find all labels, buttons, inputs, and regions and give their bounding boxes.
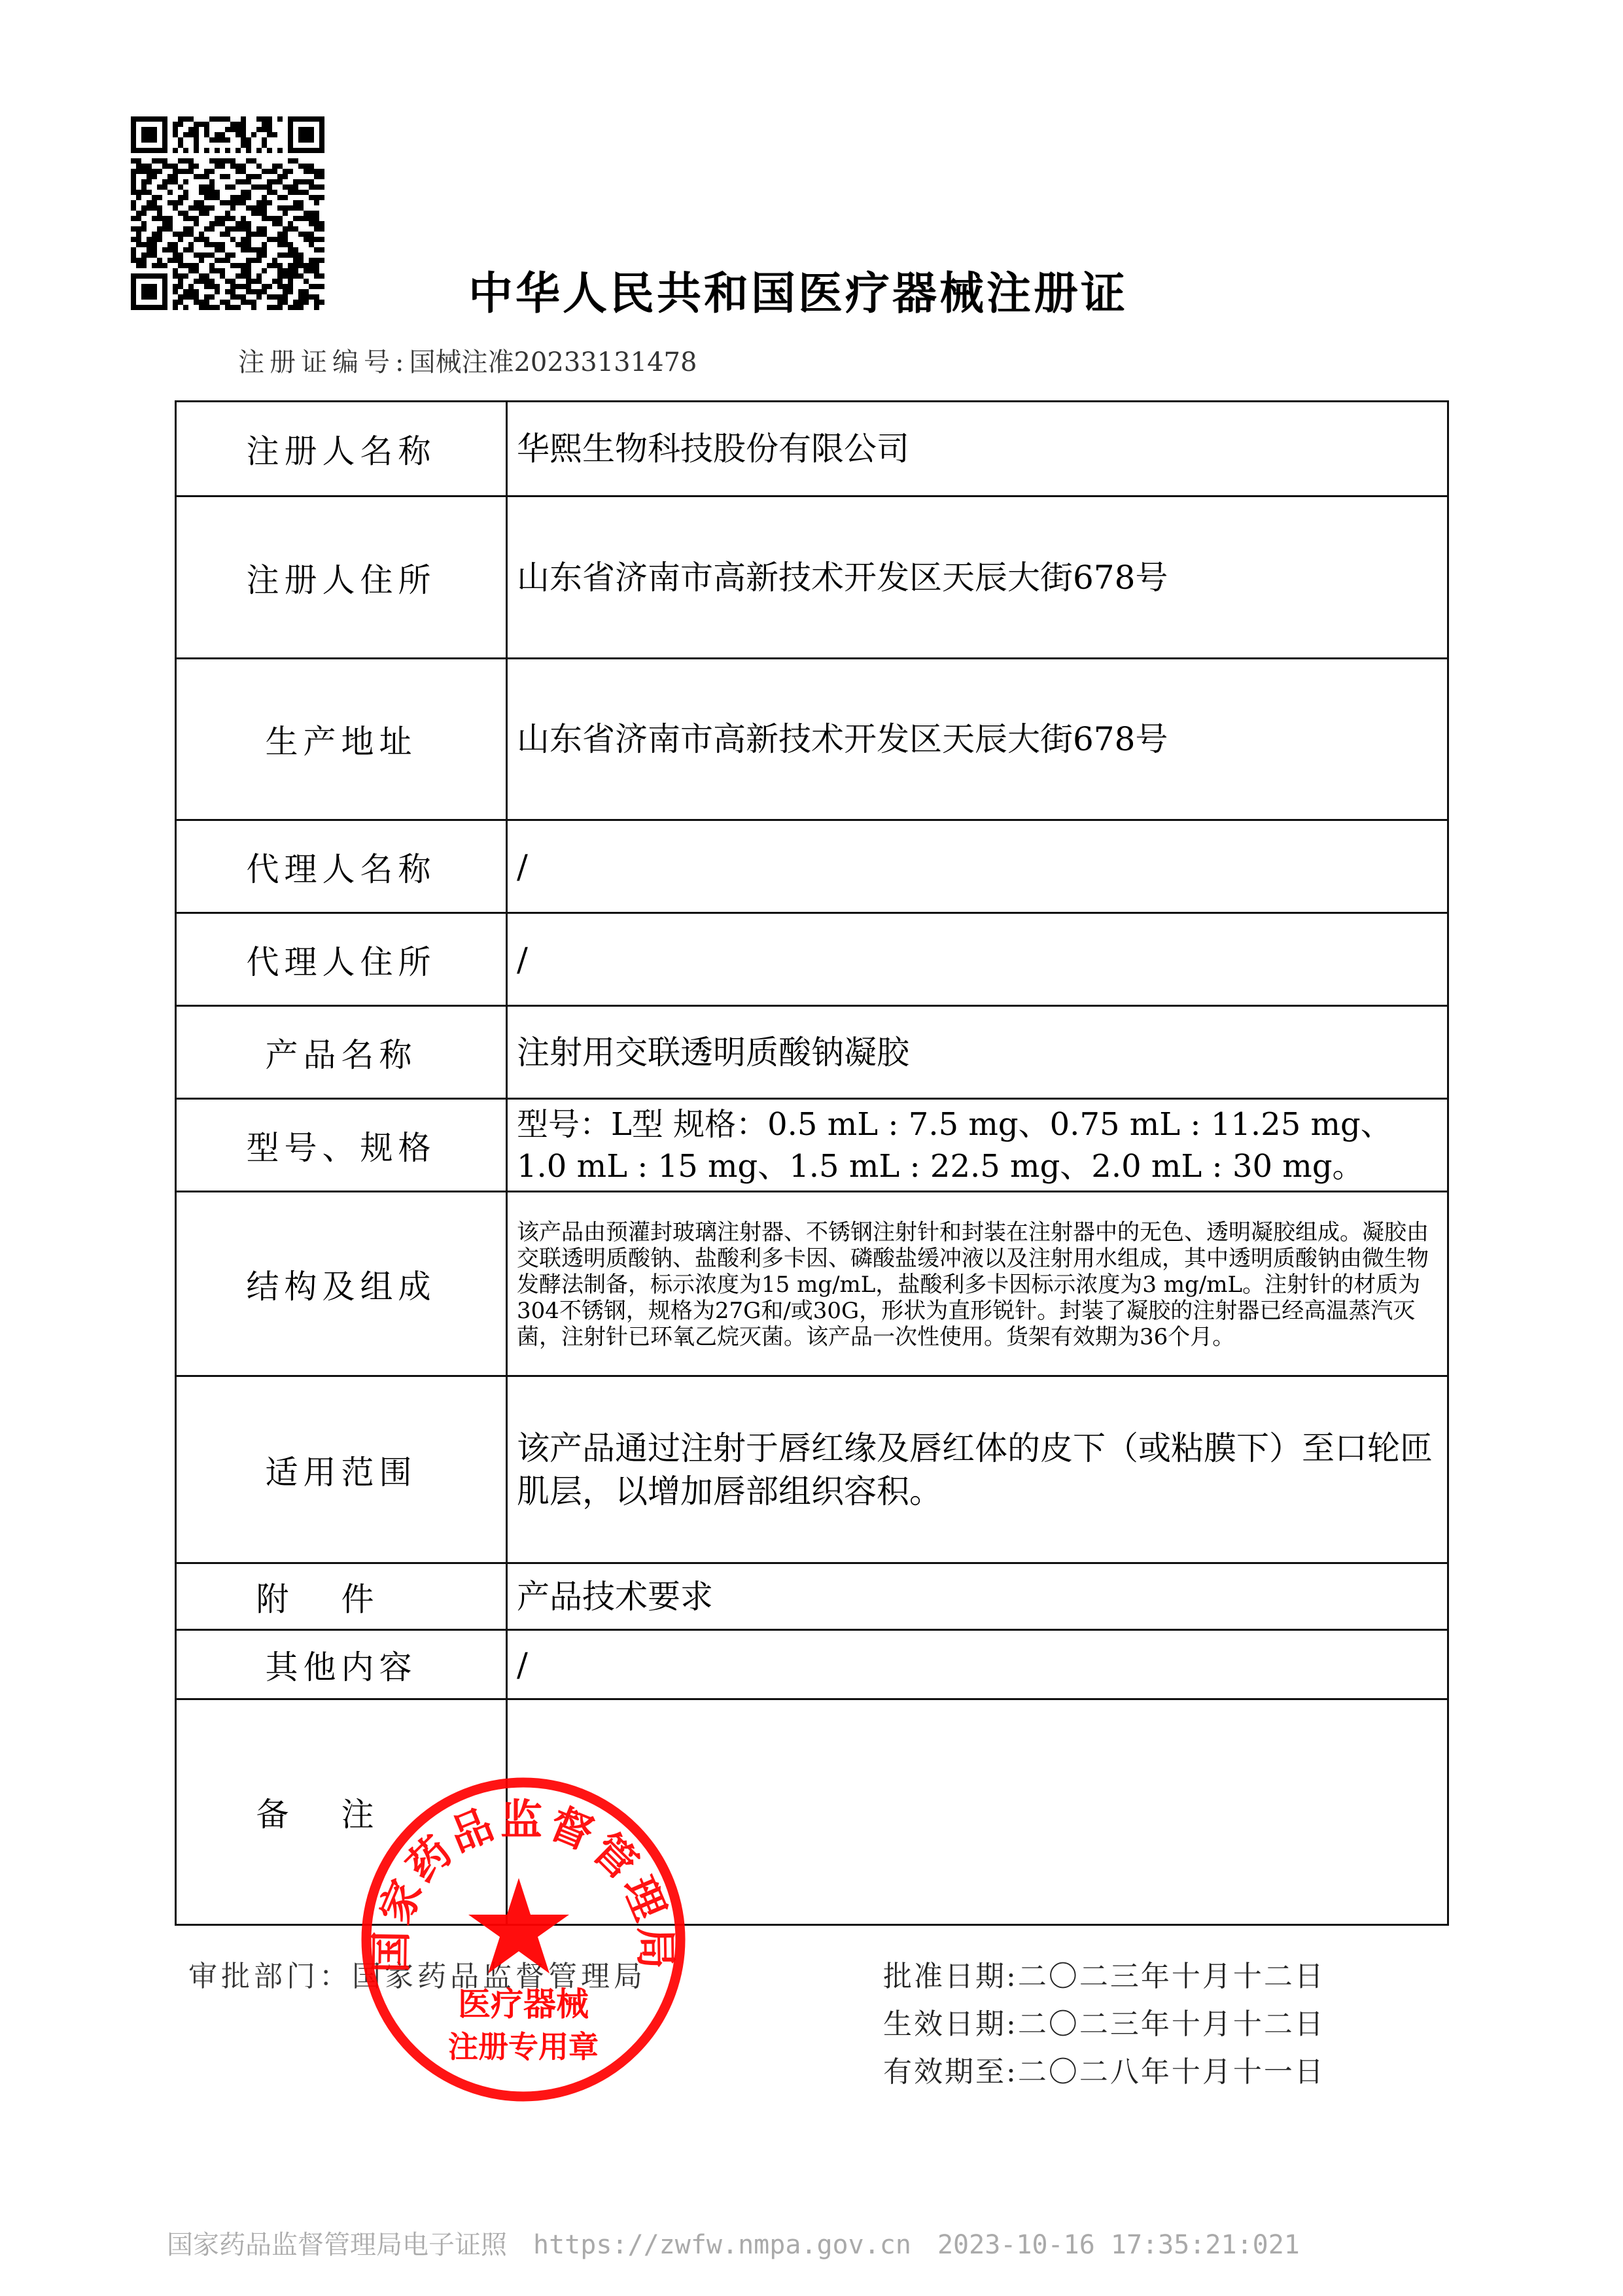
field-value: /	[507, 913, 1448, 1006]
field-value: 该产品通过注射于唇红缘及唇红体的皮下（或粘膜下）至口轮匝肌层，以增加唇部组织容积…	[507, 1376, 1448, 1563]
field-value: 注射用交联透明质酸钠凝胶	[507, 1006, 1448, 1099]
field-label: 注册人住所	[176, 496, 507, 659]
field-label: 代理人住所	[176, 913, 507, 1006]
table-row-attachment: 附件 产品技术要求	[176, 1563, 1448, 1630]
field-label: 注册人名称	[176, 402, 507, 496]
effective-date: 生效日期:二〇二三年十月十二日	[883, 2000, 1325, 2042]
approval-department-value: 国家药品监督管理局	[352, 1960, 646, 1993]
electronic-license-footer: 国家药品监督管理局电子证照https://zwfw.nmpa.gov.cn202…	[167, 2224, 1300, 2261]
approval-department-label: 审批部门：	[188, 1960, 352, 1993]
approval-department: 审批部门：国家药品监督管理局	[188, 1953, 646, 1994]
approval-date-value: 二〇二三年十月十二日	[1018, 1960, 1325, 1993]
seal-inner-line2: 注册专用章	[448, 2029, 599, 2064]
table-row-agent-name: 代理人名称 /	[176, 820, 1448, 913]
qr-code	[131, 116, 324, 310]
timestamp-text: 2023-10-16 17:35:21:021	[937, 2230, 1300, 2260]
table-row-structure: 结构及组成 该产品由预灌封玻璃注射器、不锈钢注射针和封装在注射器中的无色、透明凝…	[176, 1192, 1448, 1376]
certificate-title: 中华人民共和国医疗器械注册证	[468, 265, 1175, 324]
effective-date-value: 二〇二三年十月十二日	[1018, 2008, 1325, 2041]
field-label: 其他内容	[176, 1630, 507, 1699]
field-value	[507, 1699, 1448, 1925]
field-label: 备注	[176, 1699, 507, 1925]
registration-number-label: 注册证编号:	[238, 347, 409, 377]
field-value: /	[507, 820, 1448, 913]
table-row-production-address: 生产地址 山东省济南市高新技术开发区天辰大街678号	[176, 659, 1448, 820]
valid-until-label: 有效期至:	[883, 2055, 1018, 2089]
field-label: 产品名称	[176, 1006, 507, 1099]
field-value: 山东省济南市高新技术开发区天辰大街678号	[507, 496, 1448, 659]
field-value: 型号：L型 规格：0.5 mL : 7.5 mg、0.75 mL : 11.25…	[507, 1099, 1448, 1192]
registration-number: 注册证编号:国械注准20233131478	[238, 344, 697, 381]
registration-number-value: 国械注准20233131478	[409, 347, 697, 377]
field-value: 山东省济南市高新技术开发区天辰大街678号	[507, 659, 1448, 820]
field-label: 代理人名称	[176, 820, 507, 913]
table-row-scope: 适用范围 该产品通过注射于唇红缘及唇红体的皮下（或粘膜下）至口轮匝肌层，以增加唇…	[176, 1376, 1448, 1563]
issuer-text: 国家药品监督管理局电子证照	[167, 2230, 507, 2260]
certificate-table: 注册人名称 华熙生物科技股份有限公司 注册人住所 山东省济南市高新技术开发区天辰…	[175, 400, 1449, 1926]
field-label: 生产地址	[176, 659, 507, 820]
table-row-remarks: 备注	[176, 1699, 1448, 1925]
field-value: 产品技术要求	[507, 1563, 1448, 1630]
field-label: 结构及组成	[176, 1192, 507, 1376]
approval-date-label: 批准日期:	[883, 1960, 1018, 1993]
valid-until: 有效期至:二〇二八年十月十一日	[883, 2048, 1325, 2090]
valid-until-value: 二〇二八年十月十一日	[1018, 2055, 1325, 2089]
table-row-model-spec: 型号、规格 型号：L型 规格：0.5 mL : 7.5 mg、0.75 mL :…	[176, 1099, 1448, 1192]
field-value: 该产品由预灌封玻璃注射器、不锈钢注射针和封装在注射器中的无色、透明凝胶组成。凝胶…	[507, 1192, 1448, 1376]
approval-date: 批准日期:二〇二三年十月十二日	[883, 1953, 1325, 1994]
table-row-registrant-name: 注册人名称 华熙生物科技股份有限公司	[176, 402, 1448, 496]
field-value: /	[507, 1630, 1448, 1699]
field-label: 适用范围	[176, 1376, 507, 1563]
table-row-product-name: 产品名称 注射用交联透明质酸钠凝胶	[176, 1006, 1448, 1099]
url-text: https://zwfw.nmpa.gov.cn	[533, 2230, 911, 2260]
field-value: 华熙生物科技股份有限公司	[507, 402, 1448, 496]
table-row-registrant-address: 注册人住所 山东省济南市高新技术开发区天辰大街678号	[176, 496, 1448, 659]
field-label: 附件	[176, 1563, 507, 1630]
effective-date-label: 生效日期:	[883, 2008, 1018, 2041]
field-label: 型号、规格	[176, 1099, 507, 1192]
table-row-agent-address: 代理人住所 /	[176, 913, 1448, 1006]
table-row-other: 其他内容 /	[176, 1630, 1448, 1699]
